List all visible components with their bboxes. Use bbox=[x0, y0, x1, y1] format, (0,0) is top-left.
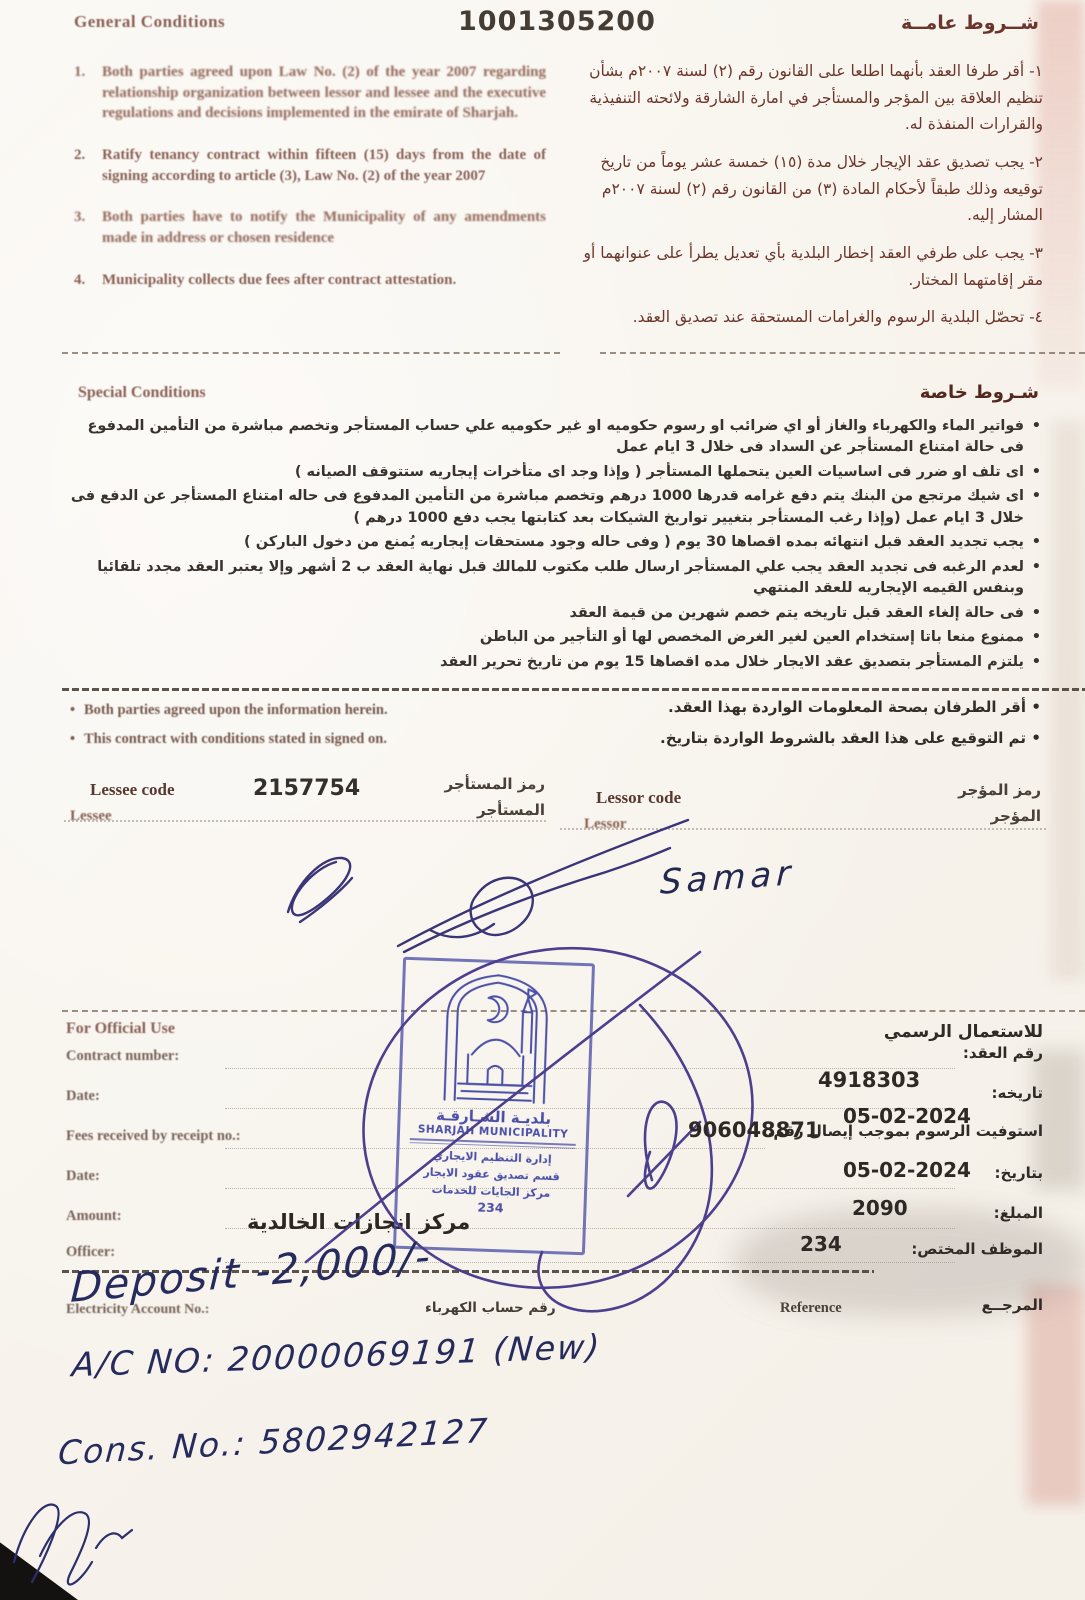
lessor-label-en: Lessor bbox=[584, 816, 627, 833]
lessor-label-ar: المؤجر bbox=[958, 804, 1041, 830]
electricity-account-handwritten: A/C NO: 20000069191 (New) bbox=[70, 1327, 602, 1385]
lessee-code-label-ar: رمز المستأجر المستأجر bbox=[445, 772, 545, 823]
lessor-code-label-ar: رمز المؤجر المؤجر bbox=[958, 778, 1041, 829]
officer-code-value: 234 bbox=[800, 1232, 842, 1256]
document-number: 1001305200 bbox=[458, 6, 656, 37]
lessee-code-label-en: Lessee code bbox=[90, 780, 175, 800]
item-text: Both parties have to notify the Municipa… bbox=[102, 207, 546, 248]
acknowledgement-line-ar: أقر الطرفان بصحة المعلومات الواردة بهذا … bbox=[561, 698, 1041, 716]
lessor-code-label-ar-line: رمز المؤجر bbox=[958, 778, 1041, 804]
acknowledgement-line: Both parties agreed upon the information… bbox=[70, 702, 500, 719]
officer-label-en: Officer: bbox=[66, 1244, 115, 1261]
item-number: 2. bbox=[74, 145, 88, 186]
officer-label-ar: الموظف المختص: bbox=[911, 1240, 1043, 1258]
lessor-signature-name: Samar bbox=[659, 853, 795, 903]
item-text: Municipality collects due fees after con… bbox=[102, 270, 456, 291]
fees-receipt-label-en: Fees received by receipt no.: bbox=[66, 1128, 241, 1145]
lessee-signature bbox=[288, 820, 688, 952]
scan-edge-artifact bbox=[1027, 1285, 1085, 1505]
electricity-account-label-ar: رقم حساب الكهرباء bbox=[425, 1300, 556, 1316]
lessee-label-en: Lessee bbox=[70, 808, 112, 825]
scan-corner-artifact bbox=[0, 1528, 78, 1600]
date2-value: 05-02-2024 bbox=[843, 1158, 971, 1182]
signature-line bbox=[560, 828, 1046, 830]
section-divider bbox=[600, 352, 1085, 354]
mosque-icon bbox=[424, 965, 569, 1108]
scan-edge-artifact bbox=[1037, 0, 1085, 390]
special-condition-item: فى حالة إلغاء العقد قبل تاريخه يتم خصم ش… bbox=[62, 603, 1041, 624]
special-condition-item: اى تلف او ضرر فى اساسيات العين يتحملها ا… bbox=[62, 462, 1041, 483]
dotted-field-line bbox=[225, 1188, 955, 1189]
section-divider bbox=[62, 688, 1085, 691]
general-condition-item-ar: ٣- يجب على طرفي العقد إخطار البلدية بأي … bbox=[561, 240, 1043, 293]
special-condition-item: ممنوع منعا باتا إستخدام العين لغير الغرض… bbox=[62, 627, 1041, 648]
amount-label-ar: المبلغ: bbox=[994, 1204, 1043, 1222]
general-condition-item: 1. Both parties agreed upon Law No. (2) … bbox=[74, 62, 546, 124]
lessee-code-value: 2157754 bbox=[253, 776, 360, 801]
lessee-code-label-ar-line: رمز المستأجر bbox=[445, 772, 545, 798]
acknowledgements-ar: أقر الطرفان بصحة المعلومات الواردة بهذا … bbox=[561, 698, 1041, 760]
date-label-en: Date: bbox=[66, 1088, 100, 1105]
date-label-ar: تاريخه: bbox=[992, 1084, 1043, 1102]
general-condition-item: 3. Both parties have to notify the Munic… bbox=[74, 207, 546, 248]
official-use-title-ar: للاستعمال الرسمي bbox=[884, 1022, 1043, 1042]
general-condition-item-ar: ١- أقر طرفا العقد بأنهما اطلعا على القان… bbox=[561, 58, 1043, 138]
scan-edge-artifact bbox=[1051, 420, 1085, 980]
special-conditions-title-en: Special Conditions bbox=[78, 384, 206, 402]
reference-label-ar: المرجــع bbox=[982, 1296, 1043, 1314]
special-conditions-title-ar: شـروط خاصة bbox=[920, 382, 1039, 403]
bottom-left-signature bbox=[14, 1505, 132, 1585]
special-condition-item: اى شيك مرتجع من البنك يتم دفع غرامه قدره… bbox=[62, 486, 1041, 529]
special-condition-item: لعدم الرغبه فى تجديد العقد يجب علي المست… bbox=[62, 557, 1041, 600]
general-conditions-list-ar: ١- أقر طرفا العقد بأنهما اطلعا على القان… bbox=[561, 58, 1043, 342]
amount-value: 2090 bbox=[852, 1196, 908, 1220]
contract-number-label-en: Contract number: bbox=[66, 1048, 179, 1065]
section-divider bbox=[62, 352, 560, 354]
sharjah-municipality-stamp: بلديـة الشـارقـة SHARJAH MUNICIPALITY إد… bbox=[393, 957, 595, 1256]
date2-label-ar: بتاريخ: bbox=[995, 1164, 1043, 1182]
lessor-code-label-en: Lessor code bbox=[596, 788, 681, 808]
special-condition-item: يلتزم المستأجر بتصديق عقد الايجار خلال م… bbox=[62, 652, 1041, 673]
deposit-handwritten-note: Deposit -2,000/- bbox=[69, 1232, 433, 1312]
general-condition-item-ar: ٤- تحصّل البلدية الرسوم والغرامات المستح… bbox=[561, 304, 1043, 331]
acknowledgements-en: Both parties agreed upon the information… bbox=[70, 702, 500, 760]
official-use-title-en: For Official Use bbox=[66, 1020, 175, 1038]
reference-label-en: Reference bbox=[780, 1300, 842, 1317]
amount-label-en: Amount: bbox=[66, 1208, 122, 1225]
date2-label-en: Date: bbox=[66, 1168, 100, 1185]
general-conditions-list-en: 1. Both parties agreed upon Law No. (2) … bbox=[74, 62, 546, 312]
item-number: 4. bbox=[74, 270, 88, 291]
item-number: 1. bbox=[74, 62, 88, 124]
signature-line bbox=[64, 820, 546, 822]
consumer-number-handwritten: Cons. No.: 5802942127 bbox=[57, 1411, 490, 1473]
contract-number-label-ar: رقم العقد: bbox=[963, 1044, 1043, 1062]
general-condition-item: 4. Municipality collects due fees after … bbox=[74, 270, 546, 291]
receipt-number-value: 906048871 bbox=[688, 1118, 820, 1142]
item-number: 3. bbox=[74, 207, 88, 248]
item-text: Ratify tenancy contract within fifteen (… bbox=[102, 145, 546, 186]
date-value: 4918303 bbox=[818, 1068, 920, 1092]
special-condition-item: يجب تجديد العقد قبل انتهائه بمده اقصاها … bbox=[62, 532, 1041, 553]
general-conditions-title-ar: شــروط عامــة bbox=[901, 12, 1039, 34]
special-condition-item: فواتير الماء والكهرباء والغاز أو اي ضرائ… bbox=[62, 416, 1041, 459]
general-condition-item-ar: ٢- يجب تصديق عقد الإيجار خلال مدة (١٥) خ… bbox=[561, 149, 1043, 229]
special-conditions-list: فواتير الماء والكهرباء والغاز أو اي ضرائ… bbox=[62, 416, 1041, 676]
acknowledgement-line-ar: تم التوقيع على هذا العقد بالشروط الواردة… bbox=[561, 729, 1041, 747]
general-condition-item: 2. Ratify tenancy contract within fiftee… bbox=[74, 145, 546, 186]
acknowledgement-line: This contract with conditions stated in … bbox=[70, 731, 500, 748]
general-conditions-title-en: General Conditions bbox=[74, 12, 225, 32]
item-text: Both parties agreed upon Law No. (2) of … bbox=[102, 62, 546, 124]
scanned-tenancy-contract-page: General Conditions 1001305200 شــروط عام… bbox=[0, 0, 1085, 1600]
